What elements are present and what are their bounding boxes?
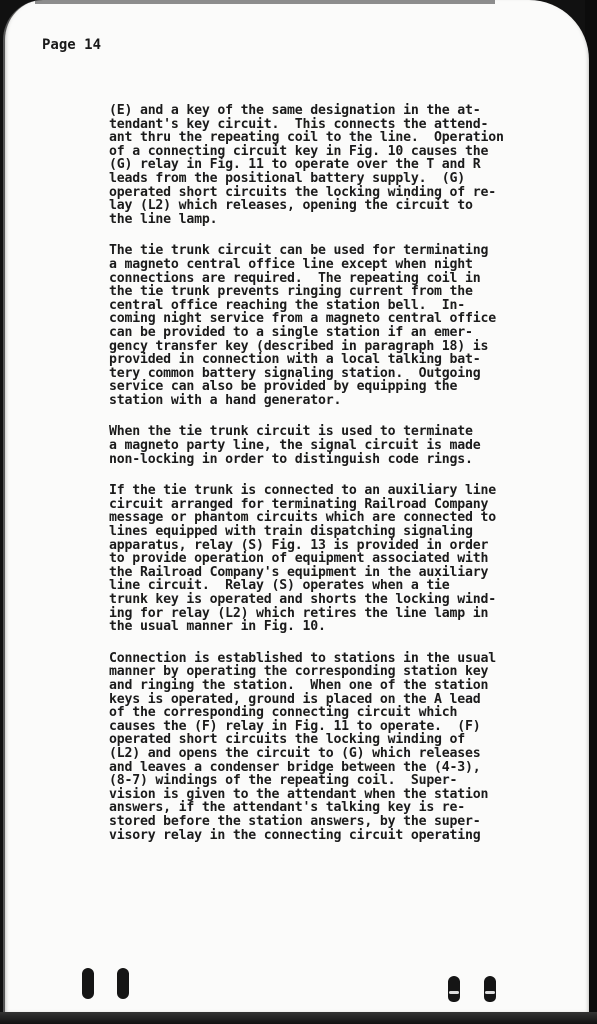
punch-hole-icon <box>117 968 129 999</box>
paragraph: When the tie trunk circuit is used to te… <box>109 425 579 466</box>
text-line: If the tie trunk is connected to an auxi… <box>109 484 579 498</box>
text-line: a magneto party line, the signal circuit… <box>109 439 579 453</box>
text-line: manner by operating the corresponding st… <box>109 665 579 679</box>
text-line: The tie trunk circuit can be used for te… <box>109 244 579 258</box>
text-line: station with a hand generator. <box>109 394 579 408</box>
text-line: stored before the station answers, by th… <box>109 815 579 829</box>
paragraph: Connection is established to stations in… <box>109 652 579 842</box>
paragraph: The tie trunk circuit can be used for te… <box>109 244 579 407</box>
text-line: the line lamp. <box>109 213 579 227</box>
text-line: ant thru the repeating coil to the line.… <box>109 131 579 145</box>
text-line: line circuit. Relay (S) operates when a … <box>109 579 579 593</box>
text-line: (E) and a key of the same designation in… <box>109 104 579 118</box>
text-line: lines equipped with train dispatching si… <box>109 525 579 539</box>
text-line: trunk key is operated and shorts the loc… <box>109 593 579 607</box>
text-line: (L2) and opens the circuit to (G) which … <box>109 747 579 761</box>
text-line: answers, if the attendant's talking key … <box>109 801 579 815</box>
text-line: the tie trunk prevents ringing current f… <box>109 285 579 299</box>
text-line: coming night service from a magneto cent… <box>109 312 579 326</box>
body-text: (E) and a key of the same designation in… <box>109 104 579 860</box>
punch-hole-icon <box>82 968 94 999</box>
scan-top-edge <box>35 0 495 4</box>
text-line: a magneto central office line except whe… <box>109 258 579 272</box>
paragraph: If the tie trunk is connected to an auxi… <box>109 484 579 634</box>
paragraph: (E) and a key of the same designation in… <box>109 104 579 226</box>
text-line: non-locking in order to distinguish code… <box>109 453 579 467</box>
text-line: service can also be provided by equippin… <box>109 380 579 394</box>
text-line: the usual manner in Fig. 10. <box>109 620 579 634</box>
text-line: lay (L2) which releases, opening the cir… <box>109 199 579 213</box>
text-line: operated short circuits the locking wind… <box>109 733 579 747</box>
text-line: message or phantom circuits which are co… <box>109 511 579 525</box>
text-line: leads from the positional battery supply… <box>109 172 579 186</box>
text-line: can be provided to a single station if a… <box>109 326 579 340</box>
text-line: of the corresponding connecting circuit … <box>109 706 579 720</box>
punch-hole-icon <box>484 976 496 1002</box>
punch-hole-icon <box>448 976 460 1002</box>
text-line: to provide operation of equipment associ… <box>109 552 579 566</box>
text-line: (8-7) windings of the repeating coil. Su… <box>109 774 579 788</box>
text-line: provided in connection with a local talk… <box>109 353 579 367</box>
document-page: Page 14 (E) and a key of the same design… <box>3 0 589 1017</box>
text-line: visory relay in the connecting circuit o… <box>109 829 579 843</box>
text-line: and ringing the station. When one of the… <box>109 679 579 693</box>
scan-bottom-edge <box>0 1012 597 1024</box>
page-number: Page 14 <box>42 37 101 53</box>
text-line: (G) relay in Fig. 11 to operate over the… <box>109 158 579 172</box>
